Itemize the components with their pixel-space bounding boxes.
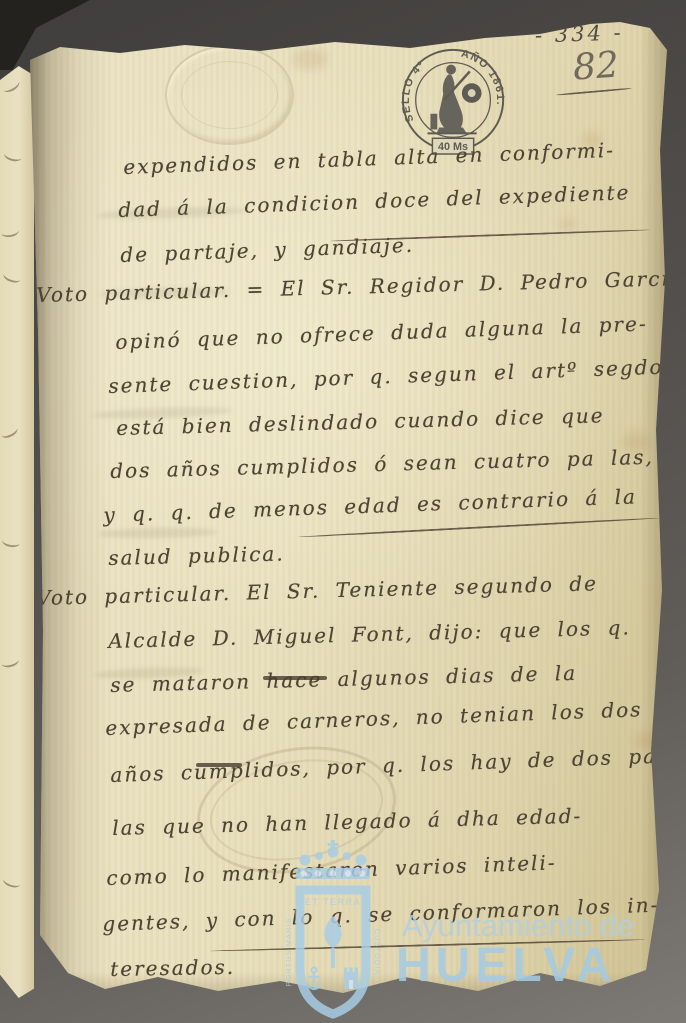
- shield-motto-right: CUSTODIA: [373, 929, 382, 976]
- ink-mark: [0, 654, 20, 669]
- ink-mark: [0, 76, 21, 95]
- folio-number: - 334 -: [535, 20, 624, 47]
- manuscript-line: salud publica.: [108, 541, 285, 570]
- ink-mark: [2, 268, 23, 284]
- bleed-through: [98, 527, 218, 539]
- ink-mark: [3, 148, 23, 163]
- manuscript-line: expresada de carneros, no tenian los dos: [105, 697, 643, 740]
- manuscript-line: Alcalde D. Miguel Font, dijo: que los q.: [108, 615, 631, 653]
- strike-out-mark: [263, 676, 327, 680]
- manuscript-line: Voto particular. = El Sr. Regidor D. Ped…: [36, 266, 684, 307]
- ink-mark: [0, 423, 19, 441]
- embossed-seal-icon: [165, 45, 294, 145]
- seated-allegory-icon: [427, 65, 481, 134]
- manuscript-line: y q. q. de menos edad es contrario á la: [103, 484, 637, 527]
- tower-icon: [344, 968, 358, 990]
- manuscript-line: dos años cumplidos ó sean cuatro pa las,: [110, 445, 654, 483]
- anchor-icon: [307, 968, 321, 991]
- manuscript-line: Voto particular. El Sr. Teniente segundo…: [36, 571, 598, 610]
- huelva-coat-of-arms-icon: ET TERRA PORTUS MARIS CUSTODIA: [258, 820, 408, 1023]
- ink-mark: [0, 225, 20, 239]
- manuscript-line: opinó que no ofrece duda alguna la pre-: [115, 311, 648, 354]
- manuscript-line: sente cuestion, por q. segun el artº seg…: [108, 355, 664, 398]
- sheet-number: 82: [572, 44, 621, 88]
- ink-mark: [1, 535, 21, 549]
- previous-page-edge: [0, 66, 34, 998]
- revenue-stamp-icon: SELLO 4º AÑO 1861. 40 Ms: [393, 43, 517, 155]
- binding-shadow: [30, 20, 110, 998]
- document-scan: SELLO 4º AÑO 1861. 40 Ms - 334 - 82 expe…: [0, 0, 686, 1023]
- ink-rule: [298, 517, 660, 538]
- watermark-city-text: HUELVA: [396, 938, 616, 993]
- stain: [560, 218, 576, 230]
- manuscript-line: teresados.: [110, 955, 235, 981]
- ink-rule: [556, 87, 632, 96]
- embossed-seal-inner-ring: [181, 61, 278, 129]
- manuscript-line: se mataron hace algunos dias de la: [110, 661, 577, 697]
- shield-motto-top: ET TERRA: [305, 897, 361, 907]
- manuscript-line: expendidos en tabla alta en conformi-: [123, 138, 615, 179]
- ink-mark: [2, 873, 23, 889]
- manuscript-line: de partaje, y gandiaje.: [120, 233, 414, 267]
- shield-motto-left: PORTUS MARIS: [284, 918, 293, 987]
- page-edge-shadow: [640, 20, 670, 998]
- strike-out-mark: [196, 763, 242, 767]
- stain: [292, 48, 328, 70]
- manuscript-line: dad á la condicion doce del expediente: [118, 180, 631, 222]
